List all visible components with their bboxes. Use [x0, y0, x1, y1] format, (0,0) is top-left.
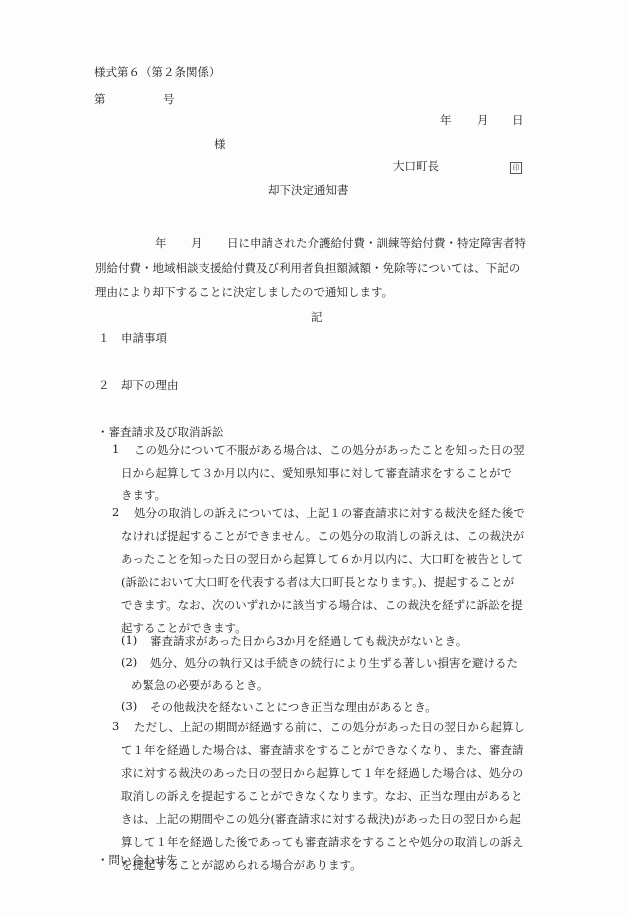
para-line: なければ提起することができません。この処分の取消しの訴えは、この裁決が: [121, 528, 524, 544]
subitem-number: (2): [121, 655, 137, 669]
item-label: 却下の理由: [121, 377, 179, 393]
date-month: 月: [477, 112, 489, 128]
subitem-number: (1): [121, 633, 137, 647]
para-number: 1: [112, 442, 119, 456]
para-line: (訴訟において大口町を代表する者は大口町長となります。)、提起することが: [121, 574, 514, 590]
intro-line: 別給付費・地域相談支援給付費及び利用者負担額減額・免除等については、下記の: [95, 260, 520, 276]
intro-year: 年: [155, 235, 167, 251]
item-number: １: [98, 330, 110, 346]
para-line: この処分について不服がある場合は、この処分があったことを知った日の翌: [134, 442, 525, 458]
subitem-line: 審査請求があった日から3か月を経過しても裁決がないとき。: [150, 633, 467, 649]
date-year: 年: [440, 112, 452, 128]
para-line: 算して１年を経過した後であっても審査請求をすることや処分の取消しの訴え: [121, 834, 523, 850]
intro-line: 理由により却下することに決定しましたので通知します。: [95, 284, 393, 300]
para-number: 3: [112, 719, 119, 733]
para-line: 処分の取消しの訴えについては、上記１の審査請求に対する裁決を経た後で: [134, 505, 525, 521]
sender-name: 大口町長: [393, 158, 439, 174]
para-line: きます。: [121, 487, 166, 503]
subitem-line: め緊急の必要があるとき。: [131, 677, 269, 693]
document-title: 却下決定通知書: [268, 182, 349, 198]
subitem-number: (3): [121, 699, 137, 713]
date-day: 日: [512, 112, 524, 128]
number-prefix: 第: [94, 91, 106, 107]
para-line: 求に対する裁決のあった日の翌日から起算して１年を経過した場合は、処分の: [121, 765, 523, 781]
subitem-line: その他裁決を経ないことにつき正当な理由があるとき。: [150, 699, 437, 715]
subitem-line: 処分、処分の執行又は手続きの続行により生ずる著しい損害を避けるた: [150, 655, 518, 671]
seal-icon: 印: [510, 162, 522, 174]
intro-month: 月: [191, 235, 203, 251]
number-suffix: 号: [163, 91, 175, 107]
para-line: て１年を経過した場合は、審査請求をすることができなくなり、また、審査請: [121, 742, 524, 758]
para-line: 取消しの訴えを提起することができなくなります。なお、正当な理由があると: [121, 788, 523, 804]
para-line: 日から起算して３か月以内に、愛知県知事に対して審査請求をすることがで: [121, 465, 512, 481]
form-label: 様式第６（第２条関係）: [94, 64, 221, 80]
contact-heading: ・問い合わせ先: [97, 852, 178, 868]
para-line: きは、上記の期間やこの処分(審査請求に対する裁決)があった日の翌日から起: [121, 811, 521, 827]
intro-line: 日に申請された介護給付費・訓練等給付費・特定障害者特: [227, 235, 526, 251]
para-line: ただし、上記の期間が経過する前に、この処分があった日の翌日から起算し: [134, 719, 525, 735]
recipient-suffix: 様: [214, 136, 226, 152]
para-line: できます。なお、次のいずれかに該当する場合は、この裁決を経ずに訴訟を提: [121, 597, 523, 613]
para-line: あったことを知った日の翌日から起算して６か月以内に、大口町を被告として: [121, 551, 523, 567]
ki-heading: 記: [311, 309, 323, 325]
para-number: 2: [112, 505, 119, 519]
seal-mark: 印: [510, 159, 522, 174]
item-number: ２: [98, 377, 110, 393]
appeal-heading: ・審査請求及び取消訴訟: [97, 424, 224, 440]
item-label: 申請事項: [121, 330, 167, 346]
